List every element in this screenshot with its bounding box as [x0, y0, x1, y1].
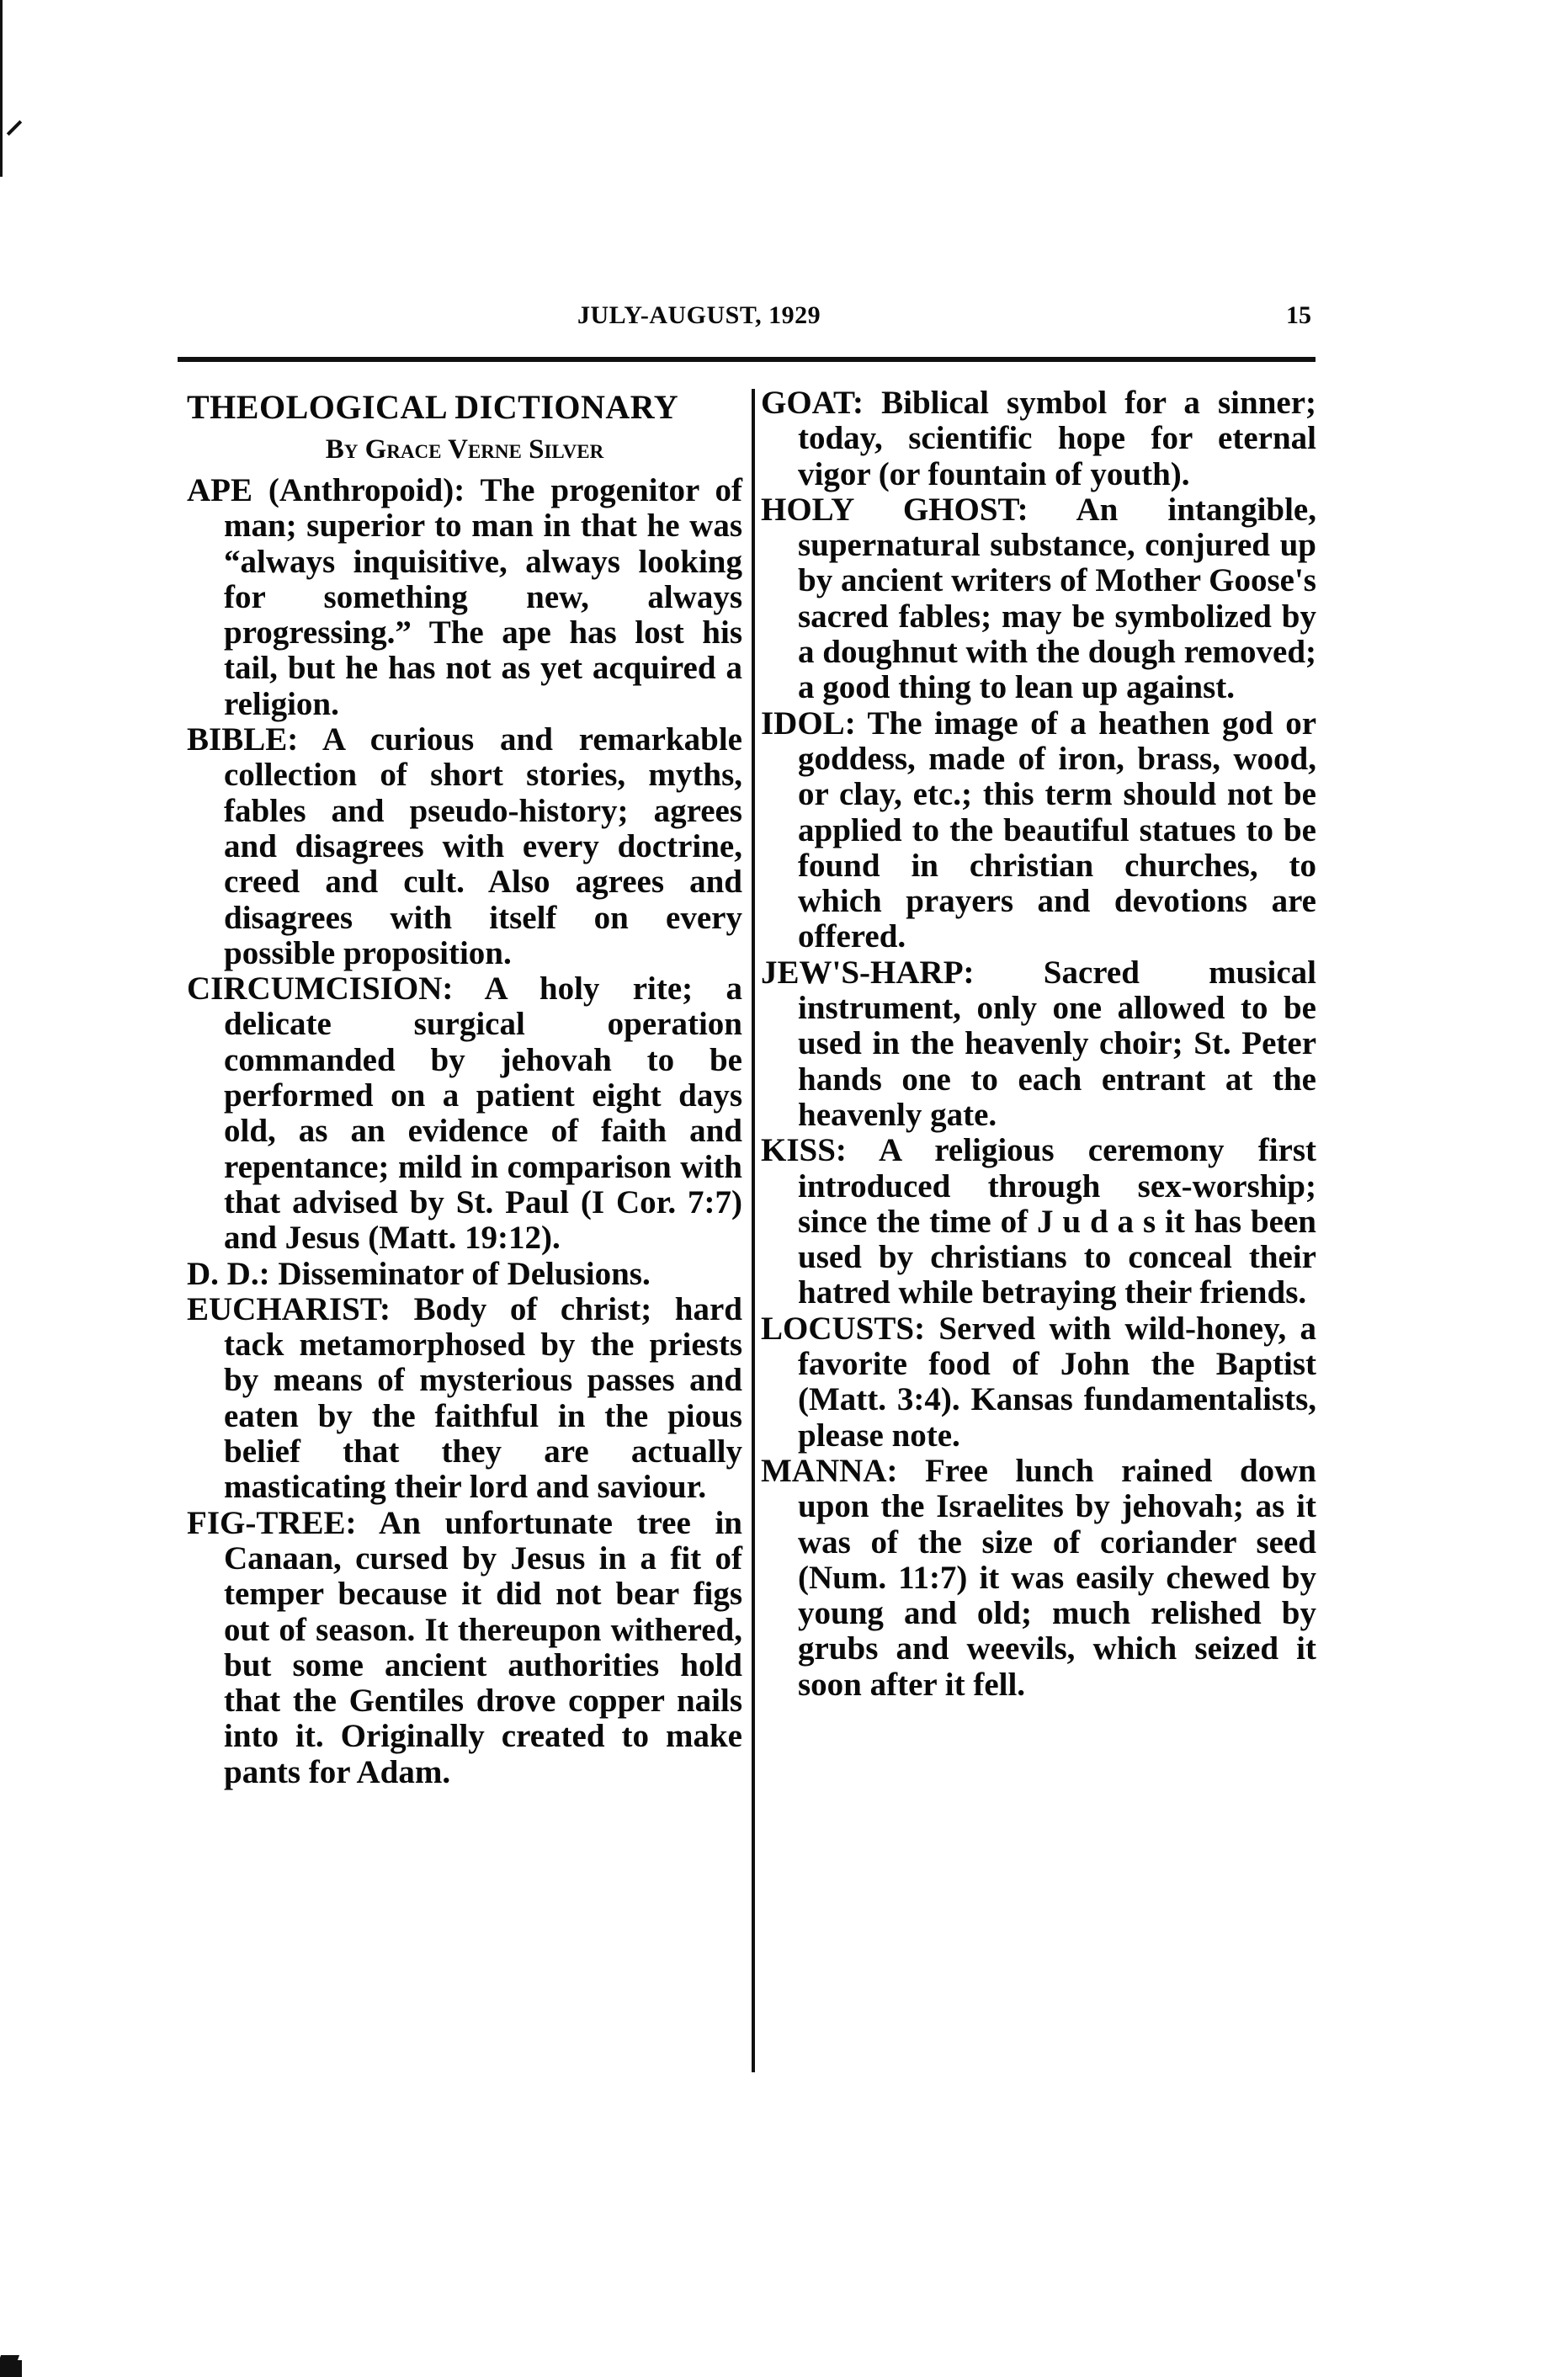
right-column: GOAT: Biblical symbol for a sinner; toda…	[761, 386, 1316, 1703]
entry-definition: A religious ceremony first introduced th…	[798, 1132, 1316, 1311]
entry-term: GOAT:	[761, 385, 864, 421]
left-column: THEOLOGICAL DICTIONARY By Grace Verne Si…	[187, 386, 742, 1790]
header-rule	[178, 357, 1316, 362]
scan-mark	[7, 120, 22, 136]
entry-definition: The progenitor of man; superior to man i…	[224, 472, 742, 722]
entry-term: MANNA:	[761, 1453, 897, 1489]
entry-term: APE (Anthropoid):	[187, 472, 465, 508]
dictionary-entry: EUCHARIST: Body of christ; hard tack met…	[187, 1292, 742, 1506]
scan-corner	[0, 2360, 22, 2377]
entry-term: JEW'S-HARP:	[761, 955, 975, 991]
dictionary-entry: IDOL: The image of a heathen god or godd…	[761, 706, 1316, 955]
dictionary-entry: JEW'S-HARP: Sacred musical instrument, o…	[761, 955, 1316, 1133]
entry-definition: Biblical symbol for a sinner; today, sci…	[798, 385, 1316, 492]
page-number: 15	[1286, 301, 1311, 330]
entry-definition: Free lunch rained down upon the Israelit…	[798, 1453, 1316, 1703]
right-entries: GOAT: Biblical symbol for a sinner; toda…	[761, 386, 1316, 1703]
entry-term: BIBLE:	[187, 721, 298, 758]
entry-definition: A curious and remarkable collection of s…	[224, 721, 742, 971]
dictionary-entry: FIG-TREE: An unfortunate tree in Canaan,…	[187, 1506, 742, 1790]
dictionary-entry: D. D.: Disseminator of Delusions.	[187, 1257, 742, 1292]
column-divider	[752, 389, 755, 2072]
left-entries: APE (Anthropoid): The progenitor of man;…	[187, 473, 742, 1790]
issue-date: JULY-AUGUST, 1929	[577, 301, 821, 330]
entry-term: IDOL:	[761, 705, 856, 742]
entry-definition: A holy rite; a delicate surgical operati…	[224, 970, 742, 1256]
dictionary-entry: KISS: A religious ceremony first introdu…	[761, 1133, 1316, 1311]
dictionary-entry: BIBLE: A curious and remarkable collecti…	[187, 722, 742, 971]
entry-term: LOCUSTS:	[761, 1311, 925, 1347]
entry-term: FIG-TREE:	[187, 1505, 357, 1541]
scan-corner-smudge	[0, 2355, 19, 2360]
entry-definition: Disseminator of Delusions.	[278, 1256, 650, 1292]
entry-definition: The image of a heathen god or goddess, m…	[798, 705, 1316, 955]
entry-term: KISS:	[761, 1132, 847, 1168]
dictionary-entry: GOAT: Biblical symbol for a sinner; toda…	[761, 386, 1316, 492]
entry-term: EUCHARIST:	[187, 1291, 391, 1327]
entry-term: HOLY GHOST:	[761, 492, 1029, 528]
dictionary-entry: MANNA: Free lunch rained down upon the I…	[761, 1454, 1316, 1703]
dictionary-entry: HOLY GHOST: An intangible, supernatural …	[761, 492, 1316, 706]
dictionary-entry: CIRCUMCISION: A holy rite; a delicate su…	[187, 971, 742, 1256]
dictionary-entry: APE (Anthropoid): The progenitor of man;…	[187, 473, 742, 722]
entry-term: CIRCUMCISION:	[187, 970, 453, 1007]
article-byline: By Grace Verne Silver	[187, 429, 742, 470]
entry-definition: An unfortunate tree in Canaan, cursed by…	[224, 1505, 742, 1790]
dictionary-entry: LOCUSTS: Served with wild-honey, a favor…	[761, 1311, 1316, 1454]
scan-edge-left	[0, 0, 3, 177]
entry-term: D. D.:	[187, 1256, 270, 1292]
article-title: THEOLOGICAL DICTIONARY	[187, 386, 742, 429]
